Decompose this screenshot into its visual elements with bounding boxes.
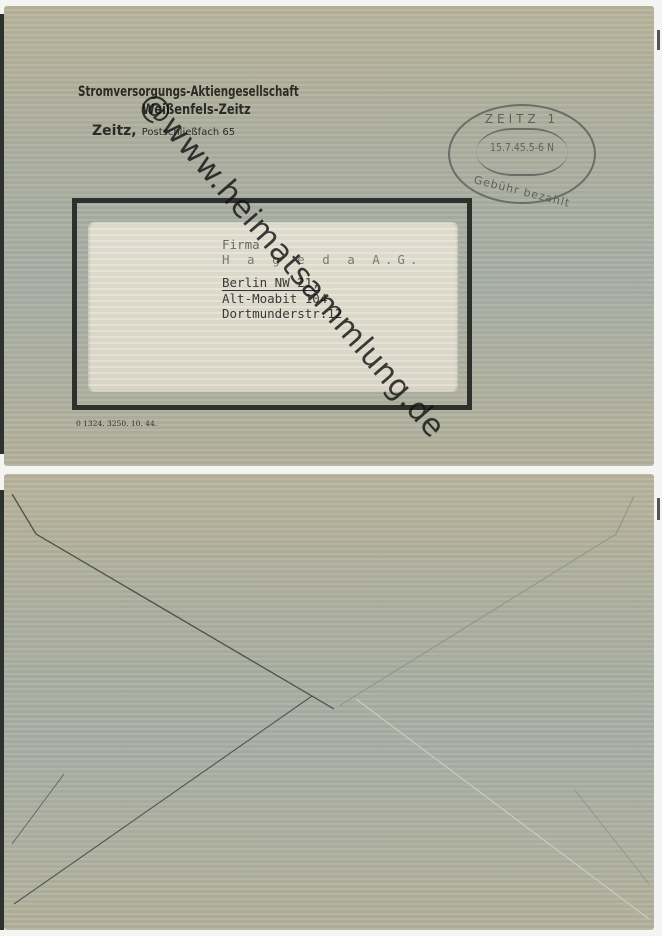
scan-edge-right-mark [657,30,660,50]
flap-corner-left [12,774,64,844]
postmark-date: 15.7.45.5-6 N [461,141,583,154]
flap-corner-right [574,789,649,884]
recipient-line-2: H a g e d a A.G. [222,252,422,267]
postmark-stamp: ZEITZ 1 15.7.45.5-6 N Gebühr bezahlt [448,104,596,204]
flap-bottom-left [14,696,312,904]
sender-company: Stromversorgungs-Aktiengesellschaft [78,84,299,100]
sender-city: Zeitz, [92,123,137,139]
flap-fold-right [339,496,634,706]
flap-fold-left [12,494,334,709]
scan-edge-right-mark-back [657,498,660,520]
sender-address: Zeitz, Postschließfach 65 [92,120,347,139]
sender-block: Stromversorgungs-Aktiengesellschaft Weiß… [78,84,347,139]
print-code: 0 1324. 3250. 10. 44. [76,419,157,428]
envelope-flap-lines [4,474,654,930]
postmark-town: ZEITZ 1 [450,112,594,126]
flap-bottom-right [356,699,649,919]
